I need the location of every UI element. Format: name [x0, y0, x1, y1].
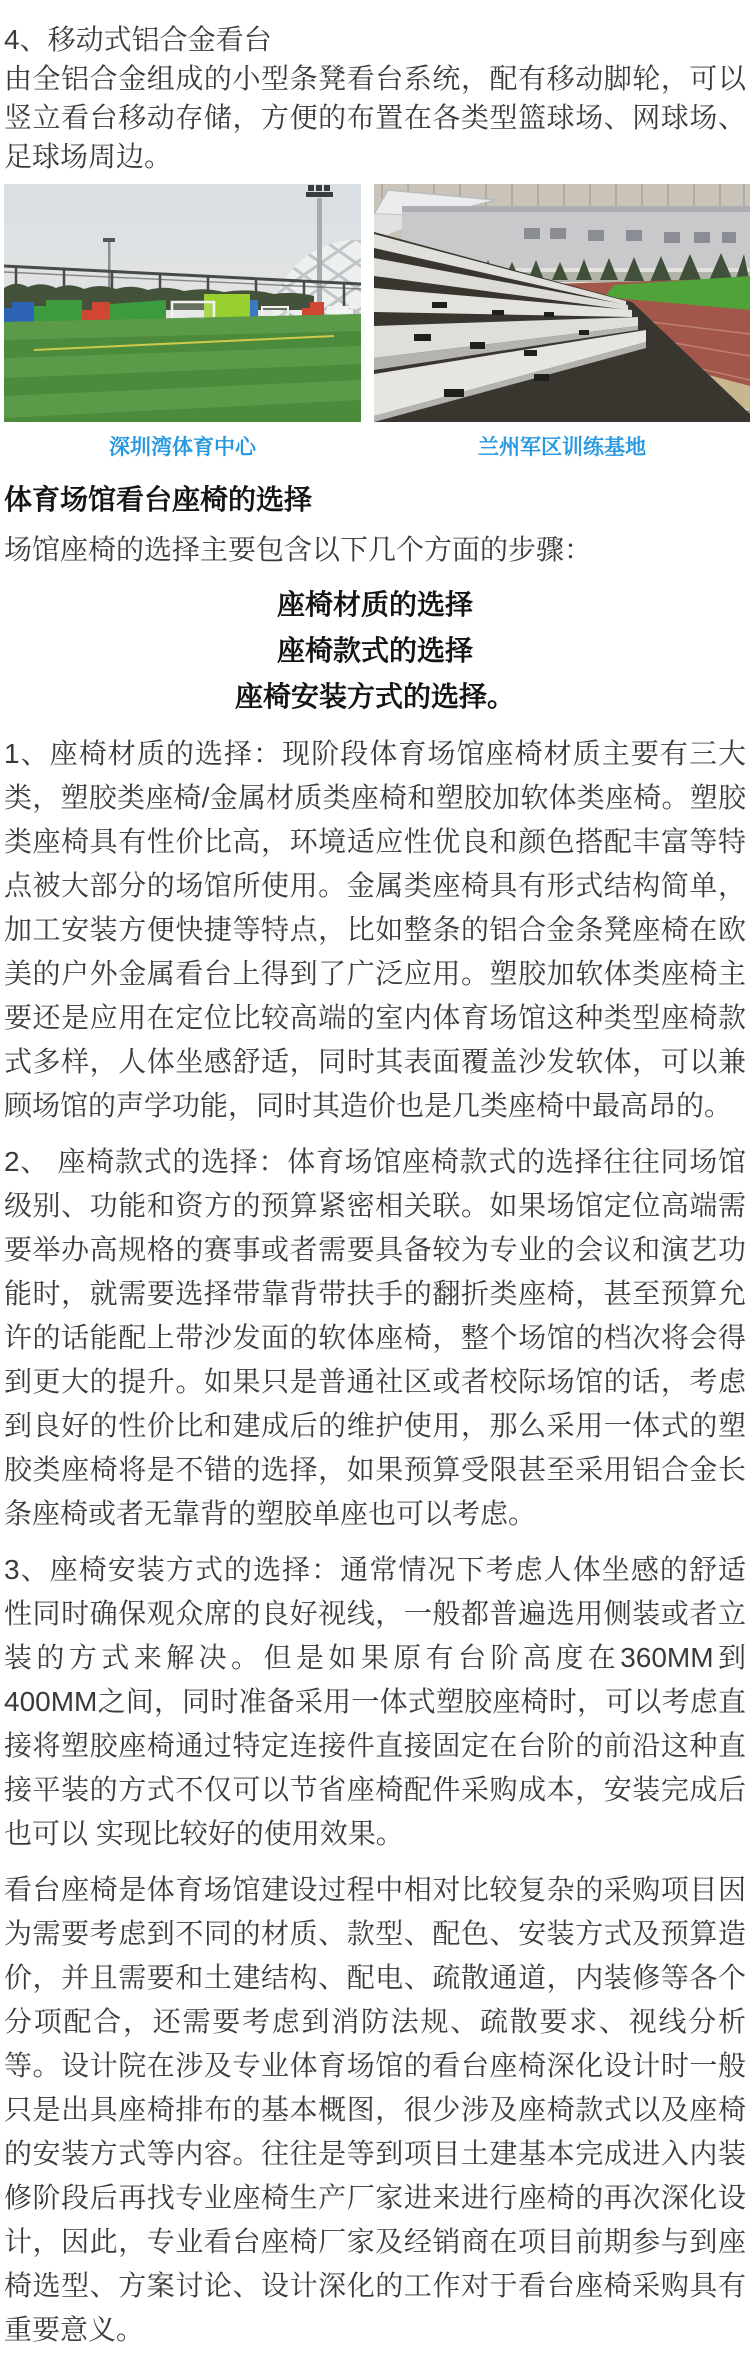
section-4-heading: 4、移动式铝合金看台	[4, 20, 746, 59]
paragraph-procurement-summary: 看台座椅是体育场馆建设过程中相对比较复杂的采购项目因为需要考虑到不同的材质、款型…	[4, 1868, 746, 2352]
soccer-field	[4, 314, 361, 422]
step-style: 座椅款式的选择	[4, 628, 746, 674]
paragraph-material-selection: 1、座椅材质的选择：现阶段体育场馆座椅材质主要有三大类，塑胶类座椅/金属材质类座…	[4, 732, 746, 1128]
shenzhen-bay-photo-illustration	[4, 184, 361, 422]
paragraph-style-selection: 2、 座椅款式的选择：体育场馆座椅款式的选择往往同场馆级别、功能和资方的预算紧密…	[4, 1140, 746, 1536]
seat-selection-intro: 场馆座椅的选择主要包含以下几个方面的步骤：	[4, 527, 746, 572]
lanzhou-base-photo-illustration	[374, 184, 750, 422]
figure-lanzhou-base: 兰州军区训练基地	[374, 184, 750, 461]
seat-selection-heading: 体育场馆看台座椅的选择	[4, 481, 746, 519]
step-material: 座椅材质的选择	[4, 582, 746, 628]
caption-shenzhen-bay: 深圳湾体育中心	[4, 431, 361, 461]
caption-lanzhou-base: 兰州军区训练基地	[374, 431, 750, 461]
photo-gallery: 深圳湾体育中心	[4, 184, 746, 461]
paragraph-installation-selection: 3、座椅安装方式的选择：通常情况下考虑人体坐感的舒适性同时确保观众席的良好视线，…	[4, 1548, 746, 1856]
step-installation: 座椅安装方式的选择。	[4, 674, 746, 720]
shenzhen-bay-photo	[4, 184, 361, 422]
section-4-body: 由全铝合金组成的小型条凳看台系统，配有移动脚轮，可以竖立看台移动存储，方便的布置…	[4, 59, 746, 176]
seat-selection-steps: 座椅材质的选择 座椅款式的选择 座椅安装方式的选择。	[4, 582, 746, 720]
article-page: 4、移动式铝合金看台 由全铝合金组成的小型条凳看台系统，配有移动脚轮，可以竖立看…	[0, 0, 750, 2362]
lanzhou-base-photo	[374, 184, 750, 422]
figure-shenzhen-bay: 深圳湾体育中心	[4, 184, 361, 461]
